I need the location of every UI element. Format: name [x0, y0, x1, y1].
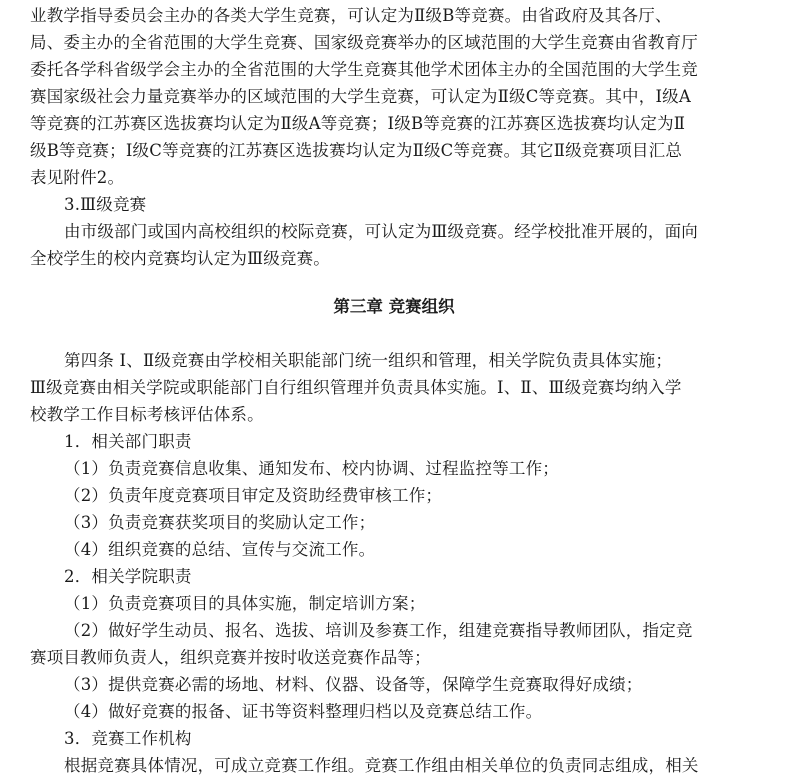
text-line: 赛国家级社会力量竞赛举办的区域范围的大学生竞赛，可认定为Ⅱ级C等竞赛。其中，Ⅰ级… — [30, 87, 760, 107]
text-line: （1）负责竞赛信息收集、通知发布、校内协调、过程监控等工作； — [64, 459, 788, 479]
text-line: 委托各学科省级学会主办的全省范围的大学生竞赛其他学术团体主办的全国范围的大学生竞 — [30, 60, 760, 80]
text-line: （3）负责竞赛获奖项目的奖励认定工作； — [64, 513, 788, 533]
text-line: 3．竞赛工作机构 — [64, 729, 788, 749]
text-line: （1）负责竞赛项目的具体实施，制定培训方案； — [64, 594, 788, 614]
text-line: 3.Ⅲ级竞赛 — [64, 195, 788, 215]
text-line: 业教学指导委员会主办的各类大学生竞赛，可认定为Ⅱ级B等竞赛。由省政府及其各厅、 — [30, 6, 760, 26]
text-line: 根据竞赛具体情况，可成立竞赛工作组。竞赛工作组由相关单位的负责同志组成，相关 — [64, 756, 788, 776]
text-line: （4）做好竞赛的报备、证书等资料整理归档以及竞赛总结工作。 — [64, 702, 788, 722]
text-line: 表见附件2。 — [30, 168, 760, 188]
text-line: （4）组织竞赛的总结、宣传与交流工作。 — [64, 540, 788, 560]
text-line: Ⅲ级竞赛由相关学院或职能部门自行组织管理并负责具体实施。Ⅰ、Ⅱ、Ⅲ级竞赛均纳入学 — [30, 378, 760, 398]
text-line: 1．相关部门职责 — [64, 432, 788, 452]
text-line: 校教学工作目标考核评估体系。 — [30, 405, 760, 425]
text-line: 第四条 Ⅰ、Ⅱ级竞赛由学校相关职能部门统一组织和管理，相关学院负责具体实施； — [64, 351, 788, 371]
text-line: 级B等竞赛；Ⅰ级C等竞赛的江苏赛区选拔赛均认定为Ⅱ级C等竞赛。其它Ⅱ级竞赛项目汇… — [30, 141, 760, 161]
text-line: （2）负责年度竞赛项目审定及资助经费审核工作； — [64, 486, 788, 506]
text-line: 局、委主办的全省范围的大学生竞赛、国家级竞赛举办的区域范围的大学生竞赛由省教育厅 — [30, 33, 760, 53]
text-line: 等竞赛的江苏赛区选拔赛均认定为Ⅱ级A等竞赛；Ⅰ级B等竞赛的江苏赛区选拔赛均认定为… — [30, 114, 760, 134]
text-line: 2．相关学院职责 — [64, 567, 788, 587]
chapter-title: 第三章 竞赛组织 — [0, 297, 788, 317]
text-line: 由市级部门或国内高校组织的校际竞赛，可认定为Ⅲ级竞赛。经学校批准开展的，面向 — [64, 222, 788, 242]
text-line: 赛项目教师负责人，组织竞赛并按时收送竞赛作品等； — [30, 648, 760, 668]
text-line: 全校学生的校内竞赛均认定为Ⅲ级竞赛。 — [30, 249, 760, 269]
text-line: （3）提供竞赛必需的场地、材料、仪器、设备等，保障学生竞赛取得好成绩； — [64, 675, 788, 695]
text-line: （2）做好学生动员、报名、选拔、培训及参赛工作，组建竞赛指导教师团队，指定竞 — [64, 621, 788, 641]
